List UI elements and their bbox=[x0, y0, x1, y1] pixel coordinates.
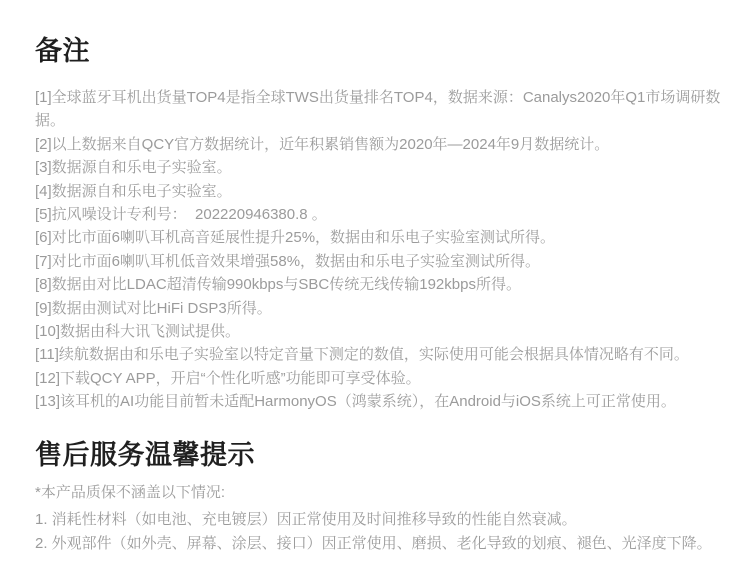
note-line-11: [11]续航数据由和乐电子实验室以特定音量下测定的数值，实际使用可能会根据具体情… bbox=[35, 343, 742, 366]
note-line-5: [5]抗风噪设计专利号： 202220946380.8 。 bbox=[35, 203, 742, 226]
notes-page: 备注 [1]全球蓝牙耳机出货量TOP4是指全球TWS出货量排名TOP4，数据来源… bbox=[0, 0, 750, 581]
note-line-7: [7]对比市面6喇叭耳机低音效果增强58%，数据由和乐电子实验室测试所得。 bbox=[35, 250, 742, 273]
note-line-10: [10]数据由科大讯飞测试提供。 bbox=[35, 320, 742, 343]
note-line-1: [1]全球蓝牙耳机出货量TOP4是指全球TWS出货量排名TOP4，数据来源：Ca… bbox=[35, 86, 742, 133]
notes-list: [1]全球蓝牙耳机出货量TOP4是指全球TWS出货量排名TOP4，数据来源：Ca… bbox=[35, 86, 742, 414]
note-line-13: [13]该耳机的AI功能目前暂未适配HarmonyOS（鸿蒙系统），在Andro… bbox=[35, 390, 742, 413]
note-line-9: [9]数据由测试对比HiFi DSP3所得。 bbox=[35, 297, 742, 320]
page-body: { "notes_section": { "title": "备注", "not… bbox=[0, 0, 750, 581]
service-section-title: 售后服务温馨提示 bbox=[35, 440, 742, 470]
note-line-3: [3]数据源自和乐电子实验室。 bbox=[35, 156, 742, 179]
warranty-intro: *本产品质保不涵盖以下情况: bbox=[35, 481, 742, 504]
warranty-item-2: 2. 外观部件（如外壳、屏幕、涂层、接口）因正常使用、磨损、老化导致的划痕、褪色… bbox=[35, 532, 742, 556]
note-line-2: [2]以上数据来自QCY官方数据统计，近年积累销售额为2020年—2024年9月… bbox=[35, 133, 742, 156]
note-line-4: [4]数据源自和乐电子实验室。 bbox=[35, 180, 742, 203]
warranty-item-1: 1. 消耗性材料（如电池、充电镀层）因正常使用及时间推移导致的性能自然衰减。 bbox=[35, 508, 742, 532]
warranty-list: 1. 消耗性材料（如电池、充电镀层）因正常使用及时间推移导致的性能自然衰减。 2… bbox=[35, 508, 742, 555]
note-line-8: [8]数据由对比LDAC超清传输990kbps与SBC传统无线传输192kbps… bbox=[35, 273, 742, 296]
note-line-12: [12]下载QCY APP，开启“个性化听感”功能即可享受体验。 bbox=[35, 367, 742, 390]
notes-section-title: 备注 bbox=[35, 36, 742, 66]
note-line-6: [6]对比市面6喇叭耳机高音延展性提升25%，数据由和乐电子实验室测试所得。 bbox=[35, 226, 742, 249]
